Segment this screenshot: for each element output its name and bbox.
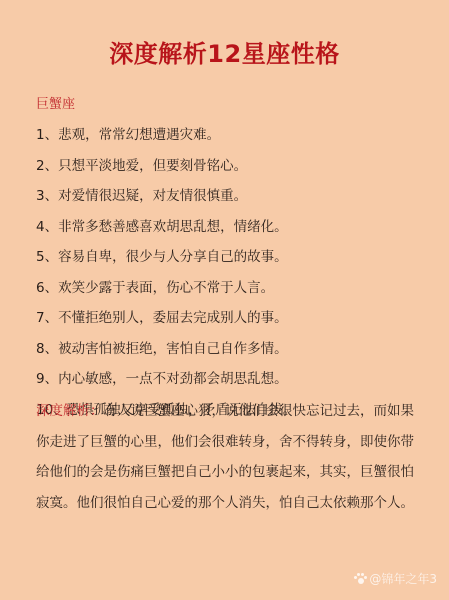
analysis-paragraph: 深度解析：有人说巨蟹座心狠，说他们会很快忘记过去，而如果你走进了巨蟹的心里，他们… — [36, 396, 416, 518]
list-item: 8、被动害怕被拒绝，害怕自己自作多情。 — [36, 334, 296, 365]
analysis-text: 有人说巨蟹座心狠，说他们会很快忘记过去，而如果你走进了巨蟹的心里，他们会很难转身… — [36, 403, 414, 511]
list-item: 5、容易自卑，很少与人分享自己的故事。 — [36, 242, 296, 273]
analysis-label: 深度解析： — [36, 403, 104, 419]
list-item: 9、内心敏感，一点不对劲都会胡思乱想。 — [36, 364, 296, 395]
list-item: 3、对爱情很迟疑，对友情很慎重。 — [36, 181, 296, 212]
list-item: 7、不懂拒绝别人，委屈去完成别人的事。 — [36, 303, 296, 334]
watermark-text: @锦年之年3 — [369, 570, 437, 587]
section-heading: 巨蟹座 — [36, 93, 75, 112]
list-item: 6、欢笑少露于表面，伤心不常于人言。 — [36, 273, 296, 304]
list-item: 1、悲观，常常幻想遭遇灾难。 — [36, 120, 296, 151]
page-title: 深度解析12星座性格 — [0, 34, 449, 69]
list-item: 4、非常多愁善感喜欢胡思乱想，情绪化。 — [36, 212, 296, 243]
trait-list: 1、悲观，常常幻想遭遇灾难。 2、只想平淡地爱，但要刻骨铭心。 3、对爱情很迟疑… — [36, 120, 296, 425]
paw-icon — [354, 573, 367, 585]
list-item: 2、只想平淡地爱，但要刻骨铭心。 — [36, 151, 296, 182]
watermark: @锦年之年3 — [354, 570, 437, 587]
